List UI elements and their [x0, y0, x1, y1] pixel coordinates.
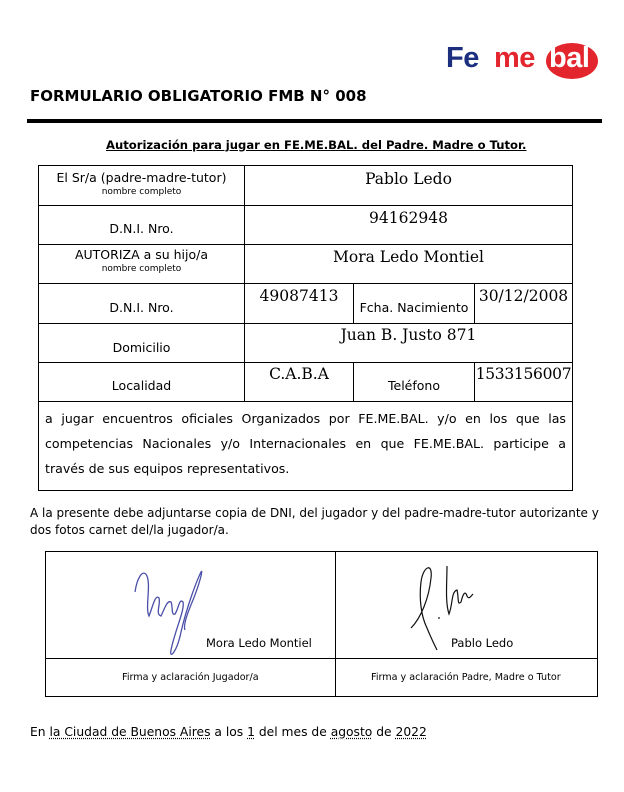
- player-printed-name: Mora Ledo Montiel: [206, 636, 312, 650]
- guardian-name-field[interactable]: Pablo Ledo: [244, 166, 572, 205]
- footer-prefix: En: [30, 725, 49, 739]
- birthdate-field[interactable]: 30/12/2008: [474, 284, 572, 323]
- footer-city: la Ciudad de Buenos Aires: [49, 725, 210, 739]
- row-child-name: AUTORIZA a su hijo/a nombre completo Mor…: [38, 244, 573, 283]
- femebal-logo: Fe me bal: [446, 42, 596, 82]
- footer-mid1: a los: [211, 725, 248, 739]
- row-guardian-name: El Sr/a (padre-madre-tutor) nombre compl…: [38, 165, 573, 205]
- row-guardian-dni: D.N.I. Nro. 94162948: [38, 205, 573, 244]
- phone-field[interactable]: 1533156007: [474, 363, 572, 401]
- logo-text-bal: bal: [549, 42, 589, 75]
- row-address: Domicilio Juan B. Justo 871: [38, 323, 573, 362]
- logo-text-fe: Fe: [446, 42, 479, 75]
- guardian-dni-label: D.N.I. Nro.: [39, 206, 244, 244]
- child-dni-label: D.N.I. Nro.: [39, 284, 244, 323]
- guardian-label: El Sr/a (padre-madre-tutor): [57, 170, 227, 185]
- child-dni-field[interactable]: 49087413: [244, 284, 353, 323]
- guardian-signature-caption: Firma y aclaración Padre, Madre o Tutor: [371, 672, 561, 683]
- guardian-printed-name: Pablo Ledo: [451, 636, 513, 650]
- guardian-label-cell: El Sr/a (padre-madre-tutor) nombre compl…: [39, 166, 244, 205]
- child-sublabel: nombre completo: [39, 264, 244, 274]
- address-label: Domicilio: [39, 324, 244, 362]
- form-title: FORMULARIO OBLIGATORIO FMB N° 008: [30, 87, 367, 105]
- footer-year: 2022: [396, 725, 427, 739]
- row-city-phone: Localidad C.A.B.A Teléfono 1533156007: [38, 362, 573, 401]
- signature-column-divider: [335, 552, 336, 696]
- footer-mid3: de: [372, 725, 395, 739]
- address-field[interactable]: Juan B. Justo 871: [244, 324, 572, 362]
- attachment-note: A la presente debe adjuntarse copia de D…: [30, 505, 608, 539]
- signature-table: Mora Ledo Montiel Firma y aclaración Jug…: [45, 551, 598, 697]
- guardian-sublabel: nombre completo: [39, 187, 244, 197]
- place-date-line: En la Ciudad de Buenos Aires a los 1 del…: [30, 725, 427, 739]
- row-authorization-text: a jugar encuentros oficiales Organizados…: [38, 401, 573, 491]
- logo-text-me: me: [494, 42, 535, 75]
- child-name-field[interactable]: Mora Ledo Montiel: [244, 245, 572, 283]
- birthdate-label: Fcha. Nacimiento: [353, 284, 474, 323]
- form-subtitle: Autorización para jugar en FE.ME.BAL. de…: [106, 138, 526, 152]
- phone-label: Teléfono: [353, 363, 474, 401]
- authorization-table: El Sr/a (padre-madre-tutor) nombre compl…: [38, 165, 573, 491]
- guardian-dni-field[interactable]: 94162948: [244, 206, 572, 244]
- row-child-dni: D.N.I. Nro. 49087413 Fcha. Nacimiento 30…: [38, 283, 573, 323]
- footer-day: 1: [247, 725, 255, 739]
- footer-month: agosto: [331, 725, 373, 739]
- footer-mid2: del mes de: [255, 725, 331, 739]
- city-field[interactable]: C.A.B.A: [244, 363, 353, 401]
- title-divider: [27, 119, 602, 123]
- child-label-cell: AUTORIZA a su hijo/a nombre completo: [39, 245, 244, 283]
- city-label: Localidad: [39, 363, 244, 401]
- child-label: AUTORIZA a su hijo/a: [75, 247, 208, 262]
- authorization-text: a jugar encuentros oficiales Organizados…: [39, 402, 572, 481]
- player-signature-caption: Firma y aclaración Jugador/a: [122, 672, 259, 683]
